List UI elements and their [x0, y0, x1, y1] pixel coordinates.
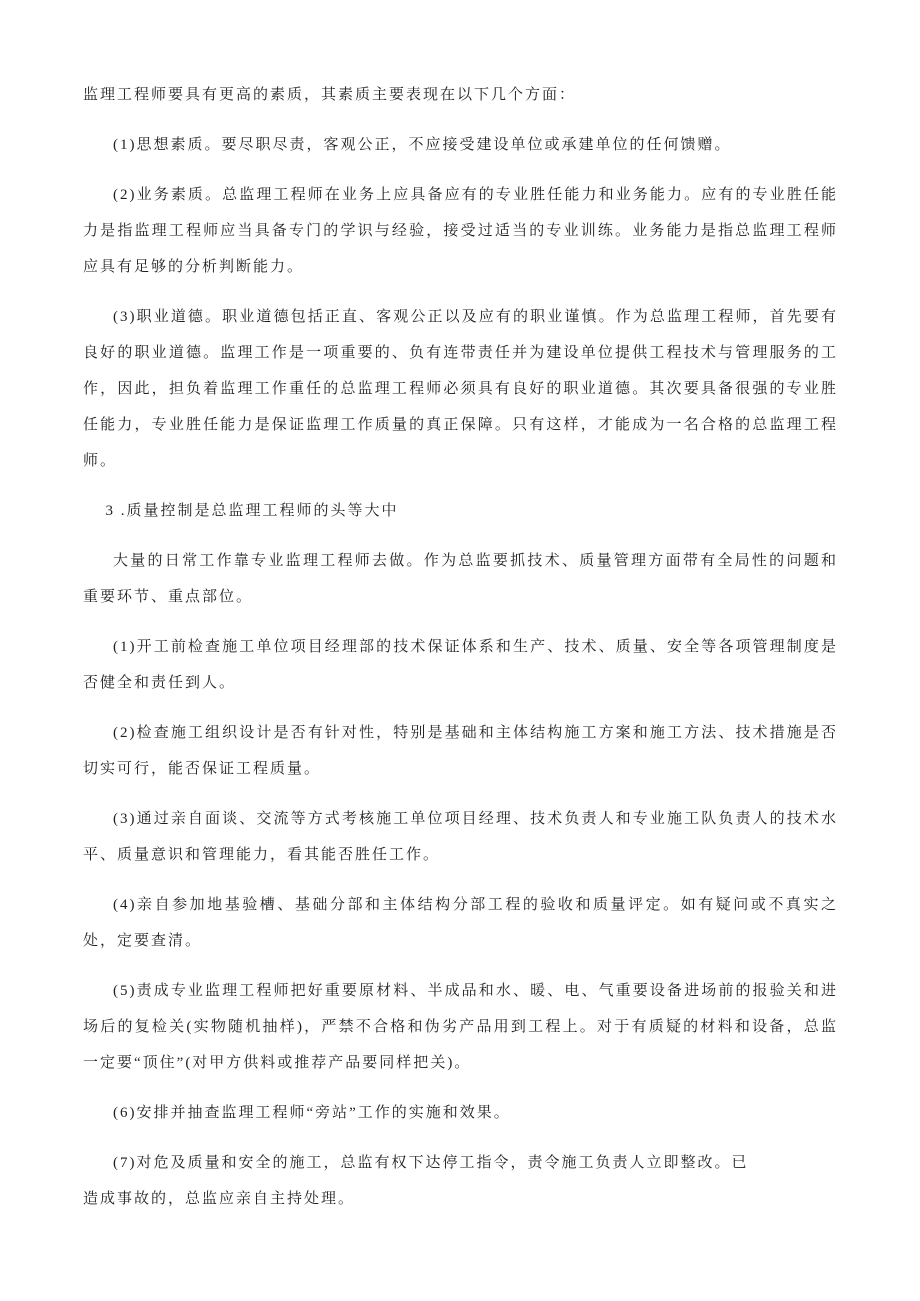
paragraph: (6)安排并抽查监理工程师“旁站”工作的实施和效果。 [83, 1095, 838, 1131]
paragraph: (3)职业道德。职业道德包括正直、客观公正以及应有的职业谨慎。作为总监理工程师，… [83, 299, 838, 479]
paragraph: (4)亲自参加地基验槽、基础分部和主体结构分部工程的验收和质量评定。如有疑问或不… [83, 887, 838, 959]
paragraph: (1)开工前检查施工单位项目经理部的技术保证体系和生产、技术、质量、安全等各项管… [83, 629, 838, 701]
section-heading: 3 .质量控制是总监理工程师的头等大中 [83, 493, 838, 529]
paragraph: (7)对危及质量和安全的施工，总监有权下达停工指令，责令施工负责人立即整改。已 … [83, 1145, 838, 1217]
paragraph: 监理工程师要具有更高的素质，其素质主要表现在以下几个方面： [83, 77, 838, 113]
document-content: 监理工程师要具有更高的素质，其素质主要表现在以下几个方面：(1)思想素质。要尽职… [83, 77, 838, 1217]
document-page: 监理工程师要具有更高的素质，其素质主要表现在以下几个方面：(1)思想素质。要尽职… [0, 0, 920, 1301]
paragraph: (3)通过亲自面谈、交流等方式考核施工单位项目经理、技术负责人和专业施工队负责人… [83, 801, 838, 873]
paragraph: (5)责成专业监理工程师把好重要原材料、半成品和水、暖、电、气重要设备进场前的报… [83, 973, 838, 1081]
paragraph: 大量的日常工作靠专业监理工程师去做。作为总监要抓技术、质量管理方面带有全局性的问… [83, 543, 838, 615]
paragraph: (1)思想素质。要尽职尽责，客观公正，不应接受建设单位或承建单位的任何馈赠。 [83, 127, 838, 163]
paragraph: (2)业务素质。总监理工程师在业务上应具备应有的专业胜任能力和业务能力。应有的专… [83, 177, 838, 285]
paragraph: (2)检查施工组织设计是否有针对性，特别是基础和主体结构施工方案和施工方法、技术… [83, 715, 838, 787]
